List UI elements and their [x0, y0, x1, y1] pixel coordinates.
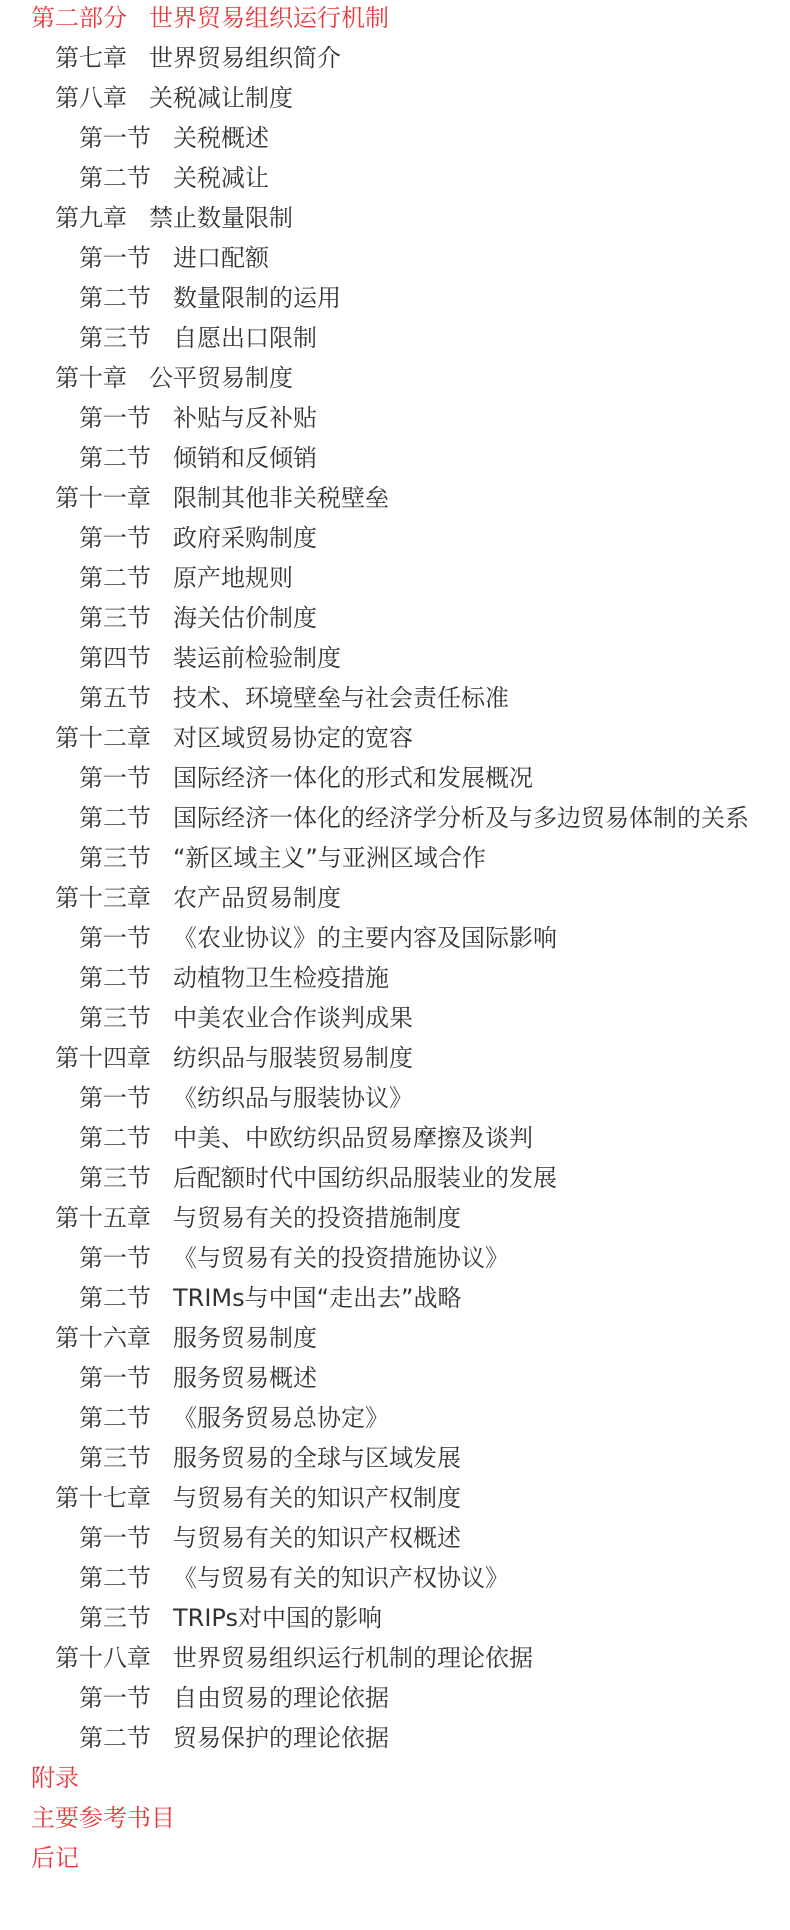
toc-item-number: 第二节 — [79, 444, 151, 472]
toc-afterword: 后记 — [0, 1838, 790, 1878]
toc-section: 第二节《服务贸易总协定》 — [0, 1398, 790, 1438]
toc-chapter: 第十二章对区域贸易协定的宽容 — [0, 718, 790, 758]
toc-section: 第二节中美、中欧纺织品贸易摩擦及谈判 — [0, 1118, 790, 1158]
toc-item-title: 贸易保护的理论依据 — [173, 1724, 389, 1752]
toc-section: 第二节贸易保护的理论依据 — [0, 1718, 790, 1758]
toc-item-number: 第十二章 — [55, 724, 151, 752]
toc-item-title: 自由贸易的理论依据 — [173, 1684, 389, 1712]
toc-section: 第一节《与贸易有关的投资措施协议》 — [0, 1238, 790, 1278]
toc-section: 第一节自由贸易的理论依据 — [0, 1678, 790, 1718]
toc-item-title: 农产品贸易制度 — [173, 884, 341, 912]
toc-item-number: 第十章 — [55, 364, 127, 392]
toc-item-title: 世界贸易组织运行机制的理论依据 — [173, 1644, 533, 1672]
toc-item-number: 第二节 — [79, 1724, 151, 1752]
toc-item-title: 公平贸易制度 — [149, 364, 293, 392]
toc-item-title: 对区域贸易协定的宽容 — [173, 724, 413, 752]
toc-chapter: 第十四章纺织品与服装贸易制度 — [0, 1038, 790, 1078]
toc-item-number: 第十八章 — [55, 1644, 151, 1672]
toc-item-title: 海关估价制度 — [173, 604, 317, 632]
toc-item-number: 第十三章 — [55, 884, 151, 912]
toc-item-title: 《与贸易有关的知识产权协议》 — [173, 1564, 509, 1592]
toc-item-number: 第一节 — [79, 1084, 151, 1112]
toc-chapter: 第十六章服务贸易制度 — [0, 1318, 790, 1358]
toc-section: 第一节进口配额 — [0, 238, 790, 278]
toc-item-title: TRIMs与中国“走出去”战略 — [173, 1284, 462, 1312]
toc-section: 第一节关税概述 — [0, 118, 790, 158]
toc-item-title: 中美农业合作谈判成果 — [173, 1004, 413, 1032]
toc-item-number: 第十七章 — [55, 1484, 151, 1512]
toc-section: 第二节动植物卫生检疫措施 — [0, 958, 790, 998]
toc-item-number: 第十一章 — [55, 484, 151, 512]
toc-item-title: 进口配额 — [173, 244, 269, 272]
toc-item-title: 自愿出口限制 — [173, 324, 317, 352]
toc-item-number: 第四节 — [79, 644, 151, 672]
toc-item-number: 第一节 — [79, 524, 151, 552]
toc-chapter: 第七章世界贸易组织简介 — [0, 38, 790, 78]
toc-section: 第一节《农业协议》的主要内容及国际影响 — [0, 918, 790, 958]
toc-item-title: 服务贸易制度 — [173, 1324, 317, 1352]
toc-section: 第一节与贸易有关的知识产权概述 — [0, 1518, 790, 1558]
toc-chapter: 第十五章与贸易有关的投资措施制度 — [0, 1198, 790, 1238]
toc-item-number: 第一节 — [79, 1244, 151, 1272]
toc-item-number: 第三节 — [79, 844, 151, 872]
toc-item-number: 第一节 — [79, 1684, 151, 1712]
toc-section: 第三节“新区域主义”与亚洲区域合作 — [0, 838, 790, 878]
toc-item-title: 《纺织品与服装协议》 — [173, 1084, 413, 1112]
toc-item-title: 限制其他非关税壁垒 — [173, 484, 389, 512]
toc-item-number: 第二部分 — [31, 4, 127, 32]
toc-section: 第二节原产地规则 — [0, 558, 790, 598]
toc-appendix: 附录 — [0, 1758, 790, 1798]
toc-item-number: 第三节 — [79, 324, 151, 352]
toc-chapter: 第八章关税减让制度 — [0, 78, 790, 118]
toc-item-title: “新区域主义”与亚洲区域合作 — [173, 844, 486, 872]
toc-item-number: 第九章 — [55, 204, 127, 232]
toc-item-title: 与贸易有关的知识产权概述 — [173, 1524, 461, 1552]
toc-item-number: 第二节 — [79, 284, 151, 312]
toc-section: 第一节政府采购制度 — [0, 518, 790, 558]
toc-item-title: 补贴与反补贴 — [173, 404, 317, 432]
toc-item-number: 第五节 — [79, 684, 151, 712]
table-of-contents: 第二部分世界贸易组织运行机制 第七章世界贸易组织简介 第八章关税减让制度 第一节… — [0, 0, 790, 1878]
toc-item-title: 主要参考书目 — [31, 1804, 175, 1832]
toc-section: 第二节TRIMs与中国“走出去”战略 — [0, 1278, 790, 1318]
toc-chapter: 第九章禁止数量限制 — [0, 198, 790, 238]
toc-item-title: 装运前检验制度 — [173, 644, 341, 672]
toc-section: 第三节服务贸易的全球与区域发展 — [0, 1438, 790, 1478]
toc-item-number: 第二节 — [79, 1404, 151, 1432]
toc-section: 第一节补贴与反补贴 — [0, 398, 790, 438]
toc-item-number: 第二节 — [79, 564, 151, 592]
toc-item-title: 与贸易有关的知识产权制度 — [173, 1484, 461, 1512]
toc-section: 第三节TRIPs对中国的影响 — [0, 1598, 790, 1638]
toc-item-title: 倾销和反倾销 — [173, 444, 317, 472]
toc-item-number: 第二节 — [79, 1284, 151, 1312]
toc-item-number: 第一节 — [79, 244, 151, 272]
toc-item-number: 第一节 — [79, 404, 151, 432]
toc-item-number: 第三节 — [79, 1604, 151, 1632]
toc-item-title: 附录 — [31, 1764, 79, 1792]
toc-item-title: 纺织品与服装贸易制度 — [173, 1044, 413, 1072]
toc-item-title: 动植物卫生检疫措施 — [173, 964, 389, 992]
toc-item-title: 后记 — [31, 1844, 79, 1872]
toc-section: 第一节服务贸易概述 — [0, 1358, 790, 1398]
toc-item-number: 第三节 — [79, 604, 151, 632]
toc-section: 第一节《纺织品与服装协议》 — [0, 1078, 790, 1118]
toc-chapter: 第十一章限制其他非关税壁垒 — [0, 478, 790, 518]
toc-item-title: 关税概述 — [173, 124, 269, 152]
toc-item-title: 《服务贸易总协定》 — [173, 1404, 389, 1432]
toc-chapter: 第十章公平贸易制度 — [0, 358, 790, 398]
toc-item-number: 第八章 — [55, 84, 127, 112]
toc-section: 第五节技术、环境壁垒与社会责任标准 — [0, 678, 790, 718]
toc-item-title: 政府采购制度 — [173, 524, 317, 552]
toc-item-title: 关税减让制度 — [149, 84, 293, 112]
toc-item-number: 第一节 — [79, 1524, 151, 1552]
toc-section: 第三节中美农业合作谈判成果 — [0, 998, 790, 1038]
toc-item-number: 第十五章 — [55, 1204, 151, 1232]
toc-item-number: 第二节 — [79, 1124, 151, 1152]
toc-item-number: 第二节 — [79, 1564, 151, 1592]
toc-section: 第二节倾销和反倾销 — [0, 438, 790, 478]
toc-item-number: 第一节 — [79, 1364, 151, 1392]
toc-item-title: TRIPs对中国的影响 — [173, 1604, 382, 1632]
toc-item-number: 第三节 — [79, 1164, 151, 1192]
toc-item-title: 《农业协议》的主要内容及国际影响 — [173, 924, 557, 952]
toc-item-title: 后配额时代中国纺织品服装业的发展 — [173, 1164, 557, 1192]
toc-item-number: 第十六章 — [55, 1324, 151, 1352]
toc-section: 第四节装运前检验制度 — [0, 638, 790, 678]
toc-item-number: 第二节 — [79, 804, 151, 832]
toc-item-title: 禁止数量限制 — [149, 204, 293, 232]
toc-section: 第二节国际经济一体化的经济学分析及与多边贸易体制的关系 — [0, 798, 790, 838]
toc-chapter: 第十八章世界贸易组织运行机制的理论依据 — [0, 1638, 790, 1678]
toc-item-number: 第七章 — [55, 44, 127, 72]
toc-item-title: 世界贸易组织简介 — [149, 44, 341, 72]
toc-item-number: 第二节 — [79, 164, 151, 192]
toc-section: 第三节后配额时代中国纺织品服装业的发展 — [0, 1158, 790, 1198]
toc-item-number: 第三节 — [79, 1444, 151, 1472]
toc-item-title: 服务贸易概述 — [173, 1364, 317, 1392]
toc-item-number: 第一节 — [79, 124, 151, 152]
toc-part-heading: 第二部分世界贸易组织运行机制 — [0, 0, 790, 38]
toc-item-title: 与贸易有关的投资措施制度 — [173, 1204, 461, 1232]
toc-item-number: 第三节 — [79, 1004, 151, 1032]
toc-item-title: 世界贸易组织运行机制 — [149, 4, 389, 32]
toc-item-number: 第二节 — [79, 964, 151, 992]
toc-section: 第二节《与贸易有关的知识产权协议》 — [0, 1558, 790, 1598]
toc-section: 第三节自愿出口限制 — [0, 318, 790, 358]
toc-item-title: 技术、环境壁垒与社会责任标准 — [173, 684, 509, 712]
toc-item-title: 服务贸易的全球与区域发展 — [173, 1444, 461, 1472]
toc-section: 第三节海关估价制度 — [0, 598, 790, 638]
toc-item-number: 第一节 — [79, 924, 151, 952]
toc-item-title: 国际经济一体化的经济学分析及与多边贸易体制的关系 — [173, 804, 749, 832]
toc-item-title: 关税减让 — [173, 164, 269, 192]
toc-references: 主要参考书目 — [0, 1798, 790, 1838]
toc-item-title: 原产地规则 — [173, 564, 293, 592]
toc-item-title: 国际经济一体化的形式和发展概况 — [173, 764, 533, 792]
toc-item-title: 《与贸易有关的投资措施协议》 — [173, 1244, 509, 1272]
toc-section: 第二节关税减让 — [0, 158, 790, 198]
toc-section: 第二节数量限制的运用 — [0, 278, 790, 318]
toc-chapter: 第十三章农产品贸易制度 — [0, 878, 790, 918]
toc-chapter: 第十七章与贸易有关的知识产权制度 — [0, 1478, 790, 1518]
toc-item-number: 第一节 — [79, 764, 151, 792]
toc-item-number: 第十四章 — [55, 1044, 151, 1072]
toc-item-title: 中美、中欧纺织品贸易摩擦及谈判 — [173, 1124, 533, 1152]
toc-section: 第一节国际经济一体化的形式和发展概况 — [0, 758, 790, 798]
toc-item-title: 数量限制的运用 — [173, 284, 341, 312]
